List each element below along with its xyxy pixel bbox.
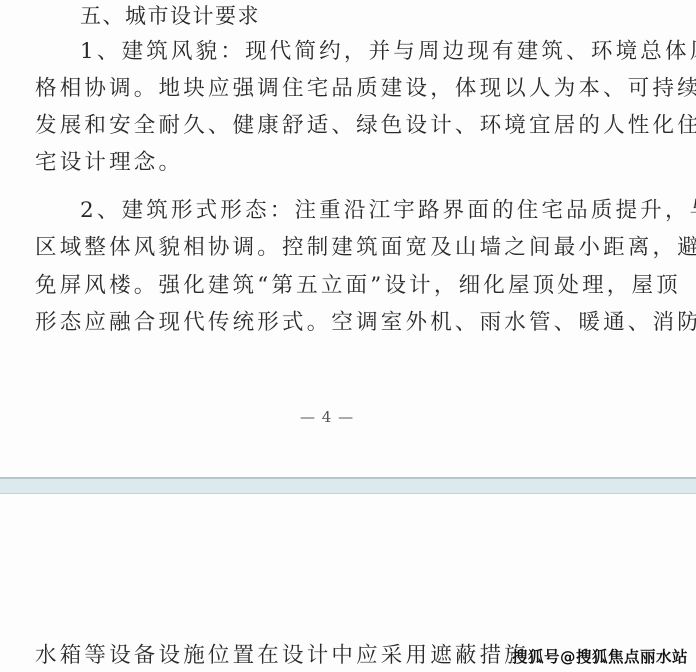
paragraph-1-line-1: 1、建筑风貌：现代简约，并与周边现有建筑、环境总体风 xyxy=(80,39,696,65)
paragraph-1-line-2: 格相协调。地块应强调住宅品质建设，体现以人为本、可持续 xyxy=(35,76,696,102)
paragraph-2-line-3: 免屏风楼。强化建筑“第五立面”设计，细化屋顶处理，屋顶 xyxy=(35,273,681,299)
paragraph-2-line-4: 形态应融合现代传统形式。空调室外机、雨水管、暖通、消防 xyxy=(35,310,696,336)
paragraph-1-line-3: 发展和安全耐久、健康舒适、绿色设计、环境宜居的人性化住 xyxy=(35,113,696,139)
page-separator xyxy=(0,477,696,494)
paragraph-2-line-2: 区域整体风貌相协调。控制建筑面宽及山墙之间最小距离，避 xyxy=(35,235,696,261)
section-heading: 五、城市设计要求 xyxy=(80,3,260,29)
page-number: — 4 — xyxy=(300,408,354,426)
document-page-upper: 五、城市设计要求 1、建筑风貌：现代简约，并与周边现有建筑、环境总体风 格相协调… xyxy=(0,0,696,477)
paragraph-1-line-4: 宅设计理念。 xyxy=(35,150,183,176)
paragraph-2-line-1: 2、建筑形式形态：注重沿江宇路界面的住宅品质提升，与 xyxy=(80,198,696,224)
continuation-line-1: 水箱等设备设施位置在设计中应采用遮蔽措施。 xyxy=(35,643,554,669)
watermark: 搜狐号@搜狐焦点丽水站 xyxy=(512,645,688,667)
